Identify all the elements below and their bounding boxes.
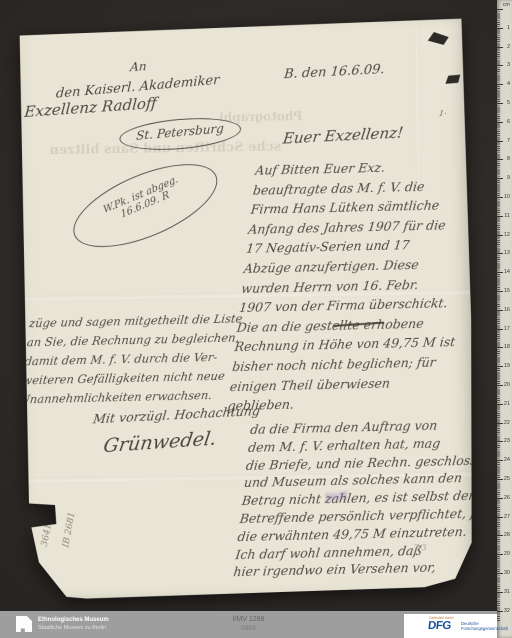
ruler-cm-tick (497, 122, 503, 123)
ruler-cm-tick (497, 441, 503, 442)
salutation: Euer Exzellenz! (282, 123, 405, 147)
ruler-cm-number: 27 (504, 514, 510, 520)
ink-mark: 1· (438, 109, 447, 118)
stamp-fragment: Diff (324, 490, 348, 505)
letter-sheet: sche Schriften und Sans blitzen Photogra… (17, 19, 476, 604)
letter-body-paragraph-2: da die Firma den Auftrag vondem M. f. V.… (232, 415, 489, 581)
archive-footer-bar: Ethnologisches Museum Staatliche Museen … (0, 611, 497, 638)
registry-note-line: 16.6.09. R (74, 170, 217, 240)
ruler-cm-number: 22 (504, 420, 510, 426)
ruler-cm-number: 7 (507, 138, 510, 144)
ruler-cm-tick (497, 141, 503, 142)
ruler-cm-tick (497, 9, 503, 10)
ruler-cm-number: 16 (504, 307, 510, 313)
ruler-cm-number: 32 (504, 608, 510, 614)
ruler-cm-number: 1 (507, 25, 510, 31)
date-line: B. den 16.6.09. (283, 62, 385, 82)
ruler-cm-number: 19 (504, 363, 510, 369)
ruler-cm-number: 4 (507, 81, 510, 87)
ruler-cm-number: 31 (504, 589, 510, 595)
ruler-cm-tick (497, 404, 503, 405)
ruler-cm-tick (497, 498, 503, 499)
pencil-inventory-number: 3641 (40, 523, 54, 547)
ruler-cm-tick (497, 253, 503, 254)
ruler-cm-number: 17 (504, 326, 510, 332)
cm-ruler: cm 1234567891011121314151617181920212223… (497, 0, 512, 638)
ruler-cm-number: 11 (504, 213, 510, 219)
scan-viewer: sche Schriften und Sans blitzen Photogra… (0, 0, 512, 638)
ruler-cm-number: 15 (504, 288, 510, 294)
pencil-inventory-number: IB 2681 (61, 511, 77, 548)
ruler-cm-tick (497, 423, 503, 424)
ruler-cm-number: 2 (507, 44, 510, 50)
ruler-mm-ticks (497, 9, 500, 621)
ruler-cm-number: 5 (507, 100, 510, 106)
paper: sche Schriften und Sans blitzen Photogra… (17, 19, 476, 604)
ruler-cm-number: 18 (504, 344, 510, 350)
letter-body-left-column: züge und sagen mitgetheilt die Listean S… (19, 309, 252, 409)
ruler-cm-number: 23 (504, 438, 510, 444)
ruler-cm-tick (497, 535, 503, 536)
ruler-cm-number: 21 (504, 401, 510, 407)
recipient-line: Exzellenz Radloff (24, 94, 158, 121)
torn-hole (428, 32, 449, 45)
ruler-cm-number: 9 (507, 175, 510, 181)
letter-body-paragraph-1: Auf Bitten Euer Exz.beauftragte das M. f… (227, 155, 489, 415)
ruler-cm-tick (497, 291, 503, 292)
ruler-cm-number: 6 (507, 119, 510, 125)
ruler-cm-tick (497, 103, 503, 104)
recipient-city: St. Petersburg (120, 120, 240, 144)
ruler-cm-number: 12 (504, 232, 510, 238)
ruler-cm-tick (497, 592, 503, 593)
ruler-cm-number: 10 (504, 194, 510, 200)
handwriting-line: geblieben. (227, 391, 461, 416)
ruler-cm-tick (497, 385, 503, 386)
ruler-cm-tick (497, 479, 503, 480)
ruler-cm-tick (497, 611, 503, 612)
ruler-cm-number: 3 (507, 62, 510, 68)
ruler-cm-tick (497, 347, 503, 348)
ruler-cm-tick (497, 460, 503, 461)
ruler-cm-tick (497, 216, 503, 217)
registry-oval-note: W.Pk. ist abgeg. 16.6.09. R (62, 147, 228, 264)
ruler-cm-number: 20 (504, 382, 510, 388)
ruler-cm-tick (497, 272, 503, 273)
dfg-name-line: Forschungsgemeinschaft (461, 627, 508, 632)
ruler-unit-label: cm (503, 2, 510, 8)
ruler-cm-tick (497, 178, 503, 179)
dfg-abbr: DFG (427, 620, 451, 632)
ruler-cm-tick (497, 554, 503, 555)
ruler-cm-tick (497, 197, 503, 198)
ruler-cm-tick (497, 517, 503, 518)
ruler-cm-number: 13 (504, 250, 510, 256)
ruler-cm-number: 14 (504, 269, 510, 275)
ruler-cm-number: 8 (507, 156, 510, 162)
ruler-cm-number: 26 (504, 495, 510, 501)
ruler-cm-tick (497, 235, 503, 236)
ruler-cm-tick (497, 28, 503, 29)
ruler-cm-number: 30 (504, 570, 510, 576)
dfg-full-name: Deutsche Forschungsgemeinschaft (461, 622, 508, 631)
ruler-cm-tick (497, 366, 503, 367)
ruler-cm-number: 25 (504, 476, 510, 482)
ruler-cm-tick (497, 329, 503, 330)
ruler-cm-number: 24 (504, 457, 510, 463)
ruler-cm-tick (497, 573, 503, 574)
ruler-cm-tick (497, 310, 503, 311)
ruler-cm-number: 29 (504, 551, 510, 557)
ruler-cm-tick (497, 65, 503, 66)
dfg-logo: Gefördert durch DFG Deutsche Forschungsg… (404, 614, 497, 638)
registry-note-line: W.Pk. ist abgeg. (69, 160, 212, 230)
ruler-cm-tick (497, 47, 503, 48)
pencil-mark: 7/3 (414, 543, 427, 552)
recipient-line: An (130, 59, 148, 74)
ruler-cm-tick (497, 84, 503, 85)
signature: Grünwedel. (102, 428, 218, 458)
ruler-cm-tick (497, 159, 503, 160)
torn-hole (445, 75, 460, 84)
ruler-cm-number: 28 (504, 532, 510, 538)
